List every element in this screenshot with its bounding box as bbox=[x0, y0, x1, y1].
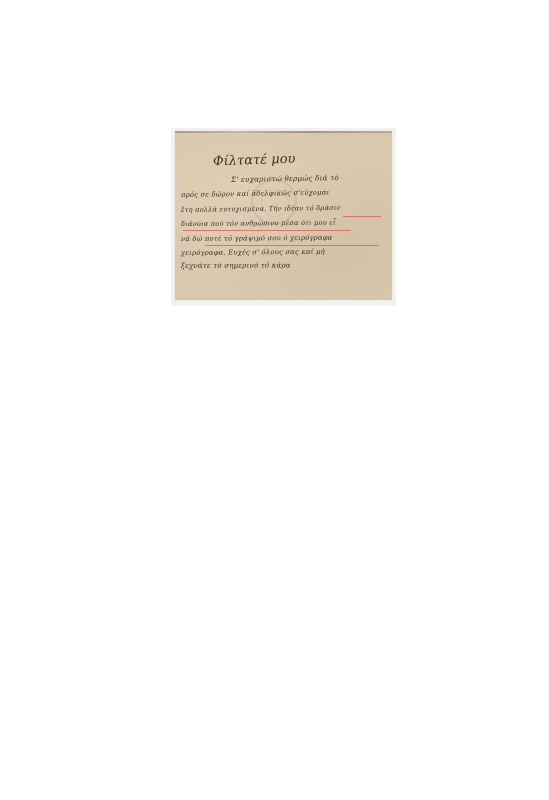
text-line-6: χειρόγραφα. Ευχές σ' όλους σας καί μή bbox=[181, 248, 325, 257]
salutation: Φίλτατέ μου bbox=[213, 152, 296, 170]
text-line-7: ξεχνάτε τό σημερινό τό κάρα bbox=[181, 261, 291, 270]
red-underline bbox=[183, 230, 351, 231]
text-line-1: Σ' ευχαριστώ θερμώς διά τό bbox=[231, 173, 339, 184]
red-underline bbox=[343, 216, 381, 217]
handwritten-card: Φίλτατέ μου Σ' ευχαριστώ θερμώς διά τό π… bbox=[175, 131, 392, 300]
text-line-2: πρός σε δῶρον καί ἀδελφικῶς σ'εύχομαι bbox=[181, 188, 330, 199]
text-line-3: ἔτη πολλά ευτυχισμένα. Τήν ιδέαν τό δράσ… bbox=[181, 204, 341, 214]
text-line-4: διάνοια πού τόν ανθρώπινο μέσα ότι μου ε… bbox=[181, 219, 336, 228]
text-line-5: νά δώ ποτέ τό γράψιμό σου ό χειρόγραφα bbox=[181, 234, 333, 243]
red-underline bbox=[205, 245, 379, 246]
card-torn-edge bbox=[175, 131, 392, 133]
document-page: Φίλτατέ μου Σ' ευχαριστώ θερμώς διά τό π… bbox=[0, 0, 549, 800]
